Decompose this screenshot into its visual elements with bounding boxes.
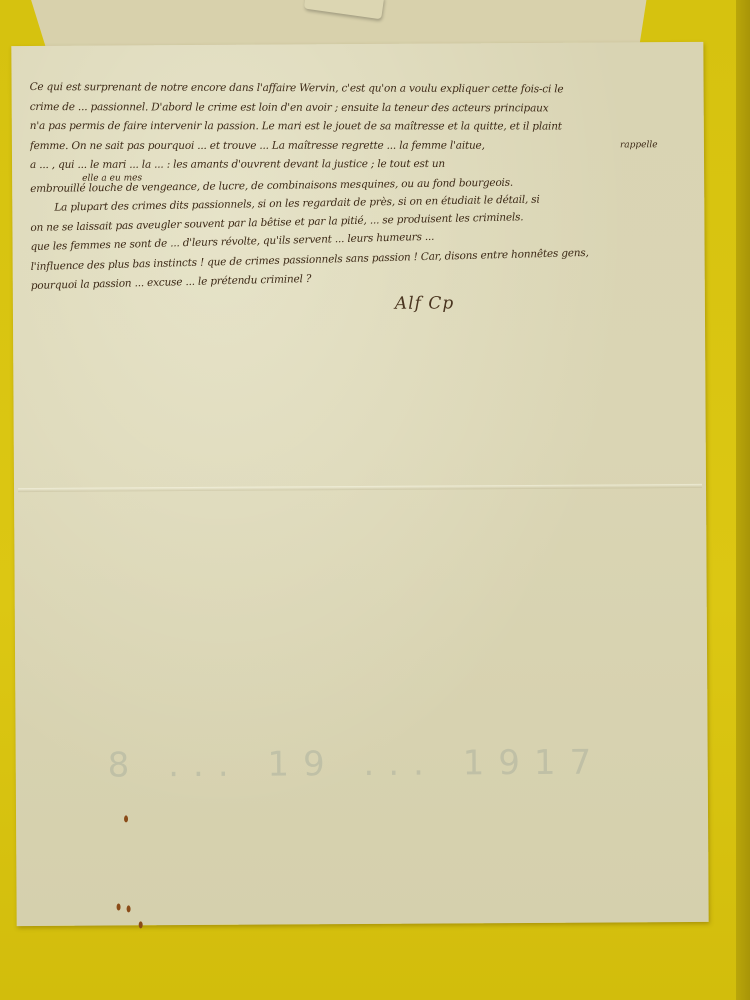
ink-stain [127, 905, 131, 912]
letter-body: Ce qui est surprenant de notre encore da… [30, 74, 701, 297]
letter-line: crime de ... passionnel. D'abord le crim… [30, 98, 700, 119]
letter-line: n'a pas permis de faire intervenir la pa… [30, 117, 700, 137]
letter-line: femme. On ne sait pas pourquoi ... et tr… [30, 136, 700, 156]
ink-stain [139, 921, 143, 928]
interlinear-insertion: rappelle [620, 140, 658, 150]
paper-fold-crease [18, 484, 702, 492]
letter-page: Ce qui est surprenant de notre encore da… [11, 42, 708, 926]
interlinear-insertion: elle a eu mes [82, 173, 142, 183]
ink-stain [124, 815, 128, 822]
signature: Alf Cp [395, 293, 454, 313]
background-edge-shadow [736, 0, 750, 1000]
letter-line: Ce qui est surprenant de notre encore da… [30, 78, 700, 100]
pencil-annotation: 8 ... 19 ... 1917 [108, 743, 606, 786]
ink-stain [117, 903, 121, 910]
